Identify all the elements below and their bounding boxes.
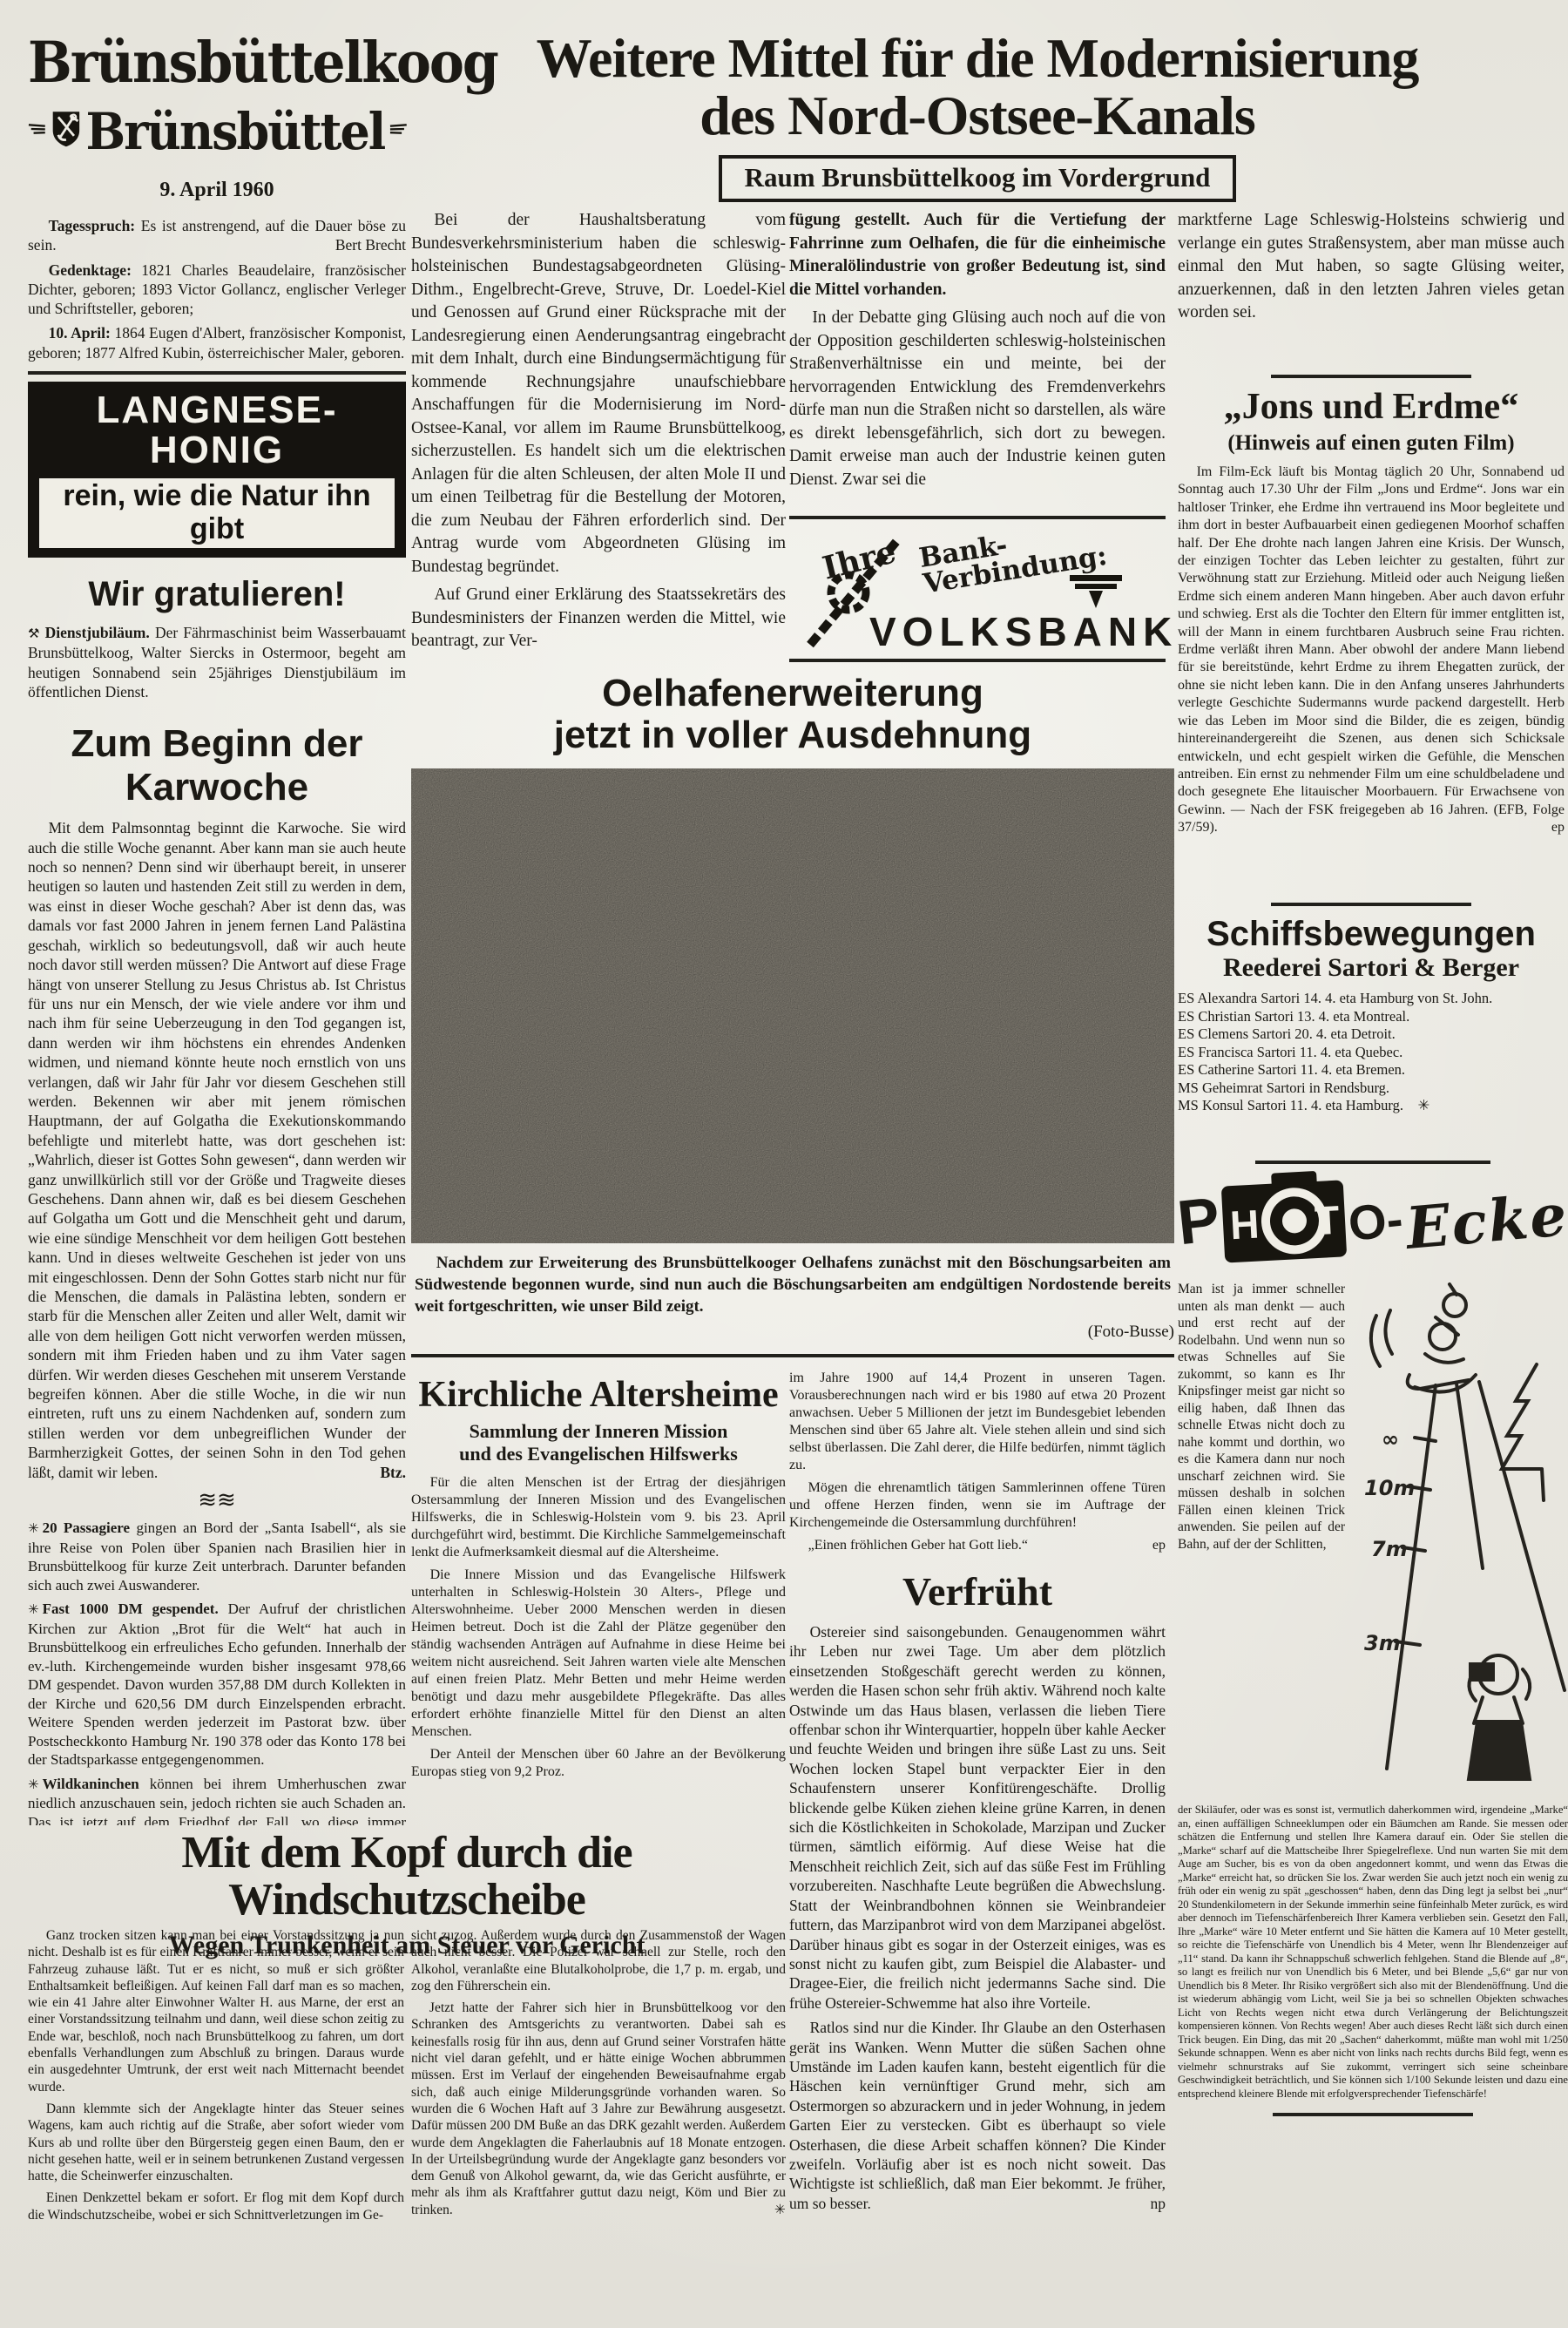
divider (1273, 2113, 1473, 2116)
ship-list: ES Alexandra Sartori 14. 4. eta Hamburg … (1178, 990, 1565, 1115)
sled-illustration: ∞ 10m 7m 3m (1352, 1281, 1568, 1786)
logo-letter-h: H (1229, 1201, 1260, 1249)
distance-label-7m: 7m (1371, 1537, 1408, 1561)
brief-spende: ✳Fast 1000 DM gespendet. Der Aufruf der … (28, 1600, 406, 1770)
lead-p3: In der Debatte ging Glüsing auch noch au… (789, 307, 1166, 491)
lead-headline-block: Weitere Mittel für die Modernisierung de… (411, 30, 1544, 202)
newspaper-page: { "masthead": { "title1": "Brünsbüttelko… (0, 0, 1568, 2328)
altersheime-p1: Für die alten Menschen ist der Ertrag de… (411, 1474, 786, 1561)
gratulieren-item: ⚒ Dienstjubiläum. Der Fährmaschinist bei… (28, 623, 406, 701)
photoecke-narrow-text: Man ist ja immer schneller unten als man… (1178, 1281, 1345, 1553)
lead-p1: Bei der Haushaltsberatung vom Bundesverk… (411, 209, 786, 579)
volksbank-eagle-icon (1068, 570, 1124, 608)
wing-right-icon (389, 114, 408, 144)
tagesspruch-attrib: Bert Brecht (306, 235, 406, 254)
lead-kicker: Raum Brunsbüttelkoog im Vordergrund (719, 155, 1237, 202)
lead-headline-line2: des Nord-Ostsee-Kanals (411, 87, 1544, 145)
divider (1255, 1161, 1490, 1164)
april10: 10. April: 1864 Eugen d'Albert, französi… (28, 323, 406, 362)
tagesspruch: Tagesspruch: Es ist anstrengend, auf die… (28, 216, 406, 255)
altersheime-p2: Die Innere Mission und das Evangelische … (411, 1567, 786, 1741)
verfrueht-title: Verfrüht (789, 1570, 1166, 1614)
lead-article-col4: marktferne Lage Schleswig-Holsteins schw… (1178, 209, 1565, 355)
brief-wildkaninchen: ✳Wildkaninchen können bei ihrem Umherhus… (28, 1775, 406, 1825)
distance-label-infinity: ∞ (1382, 1427, 1399, 1452)
ship-row: ES Catherine Sartori 11. 4. eta Bremen. (1178, 1061, 1565, 1079)
col3-lower: im Jahre 1900 auf 14,4 Prozent in unsere… (789, 1370, 1166, 2325)
gericht-col-b: sicht zuzog. Außerdem wurde durch den Zu… (411, 1927, 786, 2321)
squiggle-divider-icon: ≋≋ (28, 1489, 406, 1512)
masthead-title-line2: Brünsbüttel (86, 105, 385, 157)
star-icon: ✳ (747, 2202, 786, 2218)
gedenktage: Gedenktage: 1821 Charles Beaudelaire, fr… (28, 261, 406, 319)
volksbank-ad: Ihre Bank-Verbindung: VOLKSBANK (789, 516, 1166, 662)
altersheime-sub2: und des Evangelischen Hilfswerks (411, 1443, 786, 1465)
masthead-title-line1: Brünsbüttelkoog (28, 35, 408, 91)
camera-logo-icon: H T (1221, 1180, 1347, 1262)
jons-sub: (Hinweis auf einen guten Film) (1178, 430, 1565, 457)
ship-row: MS Konsul Sartori 11. 4. eta Hamburg. ✳ (1178, 1097, 1565, 1115)
logo-script-ecke: Ecke (1403, 1181, 1568, 1262)
lead-p3cont: marktferne Lage Schleswig-Holsteins schw… (1178, 209, 1565, 325)
divider (28, 371, 406, 375)
lead-headline-line1: Weitere Mittel für die Modernisierung (411, 30, 1544, 87)
langnese-ad: LANGNESE-HONIG rein, wie die Natur ihn g… (28, 382, 406, 558)
altersheime-quote: „Einen fröhlichen Geber hat Gott lieb.“ … (789, 1537, 1166, 1554)
logo-letter-t: T (1314, 1196, 1341, 1244)
altersheime-title: Kirchliche Altersheime (411, 1375, 786, 1415)
divider (1271, 375, 1471, 378)
gericht-b1: sicht zuzog. Außerdem wurde durch den Zu… (411, 1927, 786, 1994)
brief-text: Der Aufruf der christlichen Kirchen zur … (28, 1600, 406, 1768)
brief-lead: Fast 1000 DM gespendet. (43, 1600, 219, 1617)
oelhafen-photo (411, 768, 1174, 1243)
jons-section: „Jons und Erdme“ (Hinweis auf einen gute… (1178, 366, 1565, 843)
altersheime-col2: Kirchliche Altersheime Sammlung der Inne… (411, 1375, 786, 1828)
gericht-col-a: Ganz trocken sitzen kann man bei einer V… (28, 1927, 404, 2321)
langnese-ad-line2: rein, wie die Natur ihn gibt (44, 479, 389, 545)
lead-article-col2: Bei der Haushaltsberatung vom Bundesverk… (411, 209, 786, 671)
altersheime-p3cont: im Jahre 1900 auf 14,4 Prozent in unsere… (789, 1370, 1166, 1474)
oelhafen-headline-1: Oelhafenerweiterung (411, 673, 1174, 714)
jons-body-text: Im Film-Eck läuft bis Montag täglich 20 … (1178, 464, 1565, 835)
lead-p2cont: fügung gestellt. Auch für die Vertiefung… (789, 209, 1166, 301)
verfrueht-p2: Ratlos sind nur die Kinder. Ihr Glaube a… (789, 2018, 1166, 2213)
photoecke-wide-text: der Skiläufer, oder was es sonst ist, ve… (1178, 1804, 1568, 2101)
langnese-ad-line1: LANGNESE-HONIG (37, 390, 397, 470)
brief-lead: 20 Passagiere (43, 1519, 131, 1536)
star-icon: ✳ (28, 1776, 43, 1792)
star-icon: ✳ (28, 1520, 43, 1536)
photo-credit: (Foto-Busse) (411, 1323, 1174, 1342)
distance-label-3m: 3m (1364, 1631, 1401, 1655)
gedenktage-label: Gedenktage: (49, 261, 132, 279)
divider (1271, 903, 1471, 906)
ship-row: ES Clemens Sartori 20. 4. eta Detroit. (1178, 1025, 1565, 1044)
karwoche-sig: Btz. (351, 1463, 406, 1482)
photoecke-illustrated-block: Man ist ja immer schneller unten als man… (1178, 1281, 1568, 1797)
gratulieren-lead: Dienstjubiläum. (45, 624, 150, 641)
star-icon: ✳ (28, 1601, 43, 1617)
photo-grain-texture (411, 768, 1174, 1243)
brief-lead: Wildkaninchen (43, 1776, 139, 1792)
photo-caption-text: Nachdem zur Erweiterung des Brunsbüttelk… (415, 1254, 1171, 1316)
ships-sub: Reederei Sartori & Berger (1178, 953, 1565, 983)
logo-letter-o: O- (1345, 1188, 1405, 1255)
masthead: Brünsbüttelkoog Brünsbüttel (28, 35, 408, 169)
volksbank-bankverbindung: Bank-Verbindung: (917, 507, 1168, 597)
volksbank-name: VOLKSBANK (869, 608, 1178, 655)
altersheime-sig: ep (1125, 1537, 1166, 1554)
wing-left-icon (28, 114, 46, 144)
verfrueht-sig: np (1121, 2194, 1166, 2213)
distance-label-10m: 10m (1364, 1476, 1415, 1500)
gericht-b2: Jetzt hatte der Fahrer sich hier in Brun… (411, 2000, 786, 2218)
jons-sig: ep (1524, 819, 1565, 836)
lead-article-col3: fügung gestellt. Auch für die Vertiefung… (789, 209, 1166, 514)
logo-letter-p: P (1174, 1188, 1222, 1255)
jons-body: Im Film-Eck läuft bis Montag täglich 20 … (1178, 464, 1565, 837)
ship-row: ES Christian Sartori 13. 4. eta Montreal… (1178, 1008, 1565, 1026)
verfrueht-p1: Ostereier sind saisongebunden. Genaugeno… (789, 1622, 1166, 2013)
karwoche-text: Mit dem Palmsonntag beginnt die Karwoche… (28, 819, 406, 1480)
lead-p2: Auf Grund einer Erklärung des Staatssekr… (411, 584, 786, 653)
jons-title: „Jons und Erdme“ (1178, 387, 1565, 427)
april10-label: 10. April: (49, 324, 111, 342)
ship-row: ES Alexandra Sartori 14. 4. eta Hamburg … (1178, 990, 1565, 1008)
oelhafen-section: Oelhafenerweiterung jetzt in voller Ausd… (411, 673, 1174, 1357)
gericht-a1: Ganz trocken sitzen kann man bei einer V… (28, 1927, 404, 2095)
ships-section: Schiffsbewegungen Reederei Sartori & Ber… (1178, 894, 1565, 1115)
left-column: 9. April 1960 Tagesspruch: Es ist anstre… (28, 179, 406, 1825)
gericht-b2-text: Jetzt hatte der Fahrer sich hier in Brun… (411, 2000, 786, 2217)
altersheime-sub1: Sammlung der Inneren Mission (411, 1420, 786, 1443)
karwoche-title: Zum Beginn der Karwoche (28, 722, 406, 809)
oelhafen-headline-2: jetzt in voller Ausdehnung (411, 714, 1174, 756)
ship-row: MS Geheimrat Sartori in Rendsburg. (1178, 1079, 1565, 1098)
divider (411, 1354, 1174, 1357)
photo-caption: Nachdem zur Erweiterung des Brunsbüttelk… (411, 1252, 1174, 1317)
ships-title: Schiffsbewegungen (1178, 915, 1565, 953)
gericht-title: Mit dem Kopf durch die Windschutzscheibe (26, 1830, 787, 1924)
gericht-a3: Einen Denkzettel bekam er sofort. Er flo… (28, 2189, 404, 2223)
quote-text: „Einen fröhlichen Geber hat Gott lieb.“ (808, 1538, 1028, 1553)
issue-date: 9. April 1960 (28, 179, 406, 202)
photoecke-section: P H T O- Ecke Man ist ja immer schneller… (1178, 1152, 1568, 2125)
gratulieren-title: Wir gratulieren! (28, 575, 406, 614)
karwoche-body: Mit dem Palmsonntag beginnt die Karwoche… (28, 818, 406, 1482)
altersheime-p3: Der Anteil der Menschen über 60 Jahre an… (411, 1746, 786, 1781)
coat-of-arms-icon (51, 89, 81, 169)
gericht-a2: Dann klemmte sich der Angeklagte hinter … (28, 2101, 404, 2184)
altersheime-p4: Mögen die ehrenamtlich tätigen Sammlerin… (789, 1479, 1166, 1532)
brief-passagiere: ✳20 Passagiere gingen an Bord der „Santa… (28, 1519, 406, 1594)
ship-row: ES Francisca Sartori 11. 4. eta Quebec. (1178, 1044, 1565, 1062)
tagesspruch-label: Tagesspruch: (49, 217, 136, 234)
photoecke-logo: P H T O- Ecke (1178, 1173, 1568, 1270)
jubilee-ornament-icon: ⚒ (28, 626, 39, 641)
verfrueht-p2-text: Ratlos sind nur die Kinder. Ihr Glaube a… (789, 2019, 1166, 2212)
